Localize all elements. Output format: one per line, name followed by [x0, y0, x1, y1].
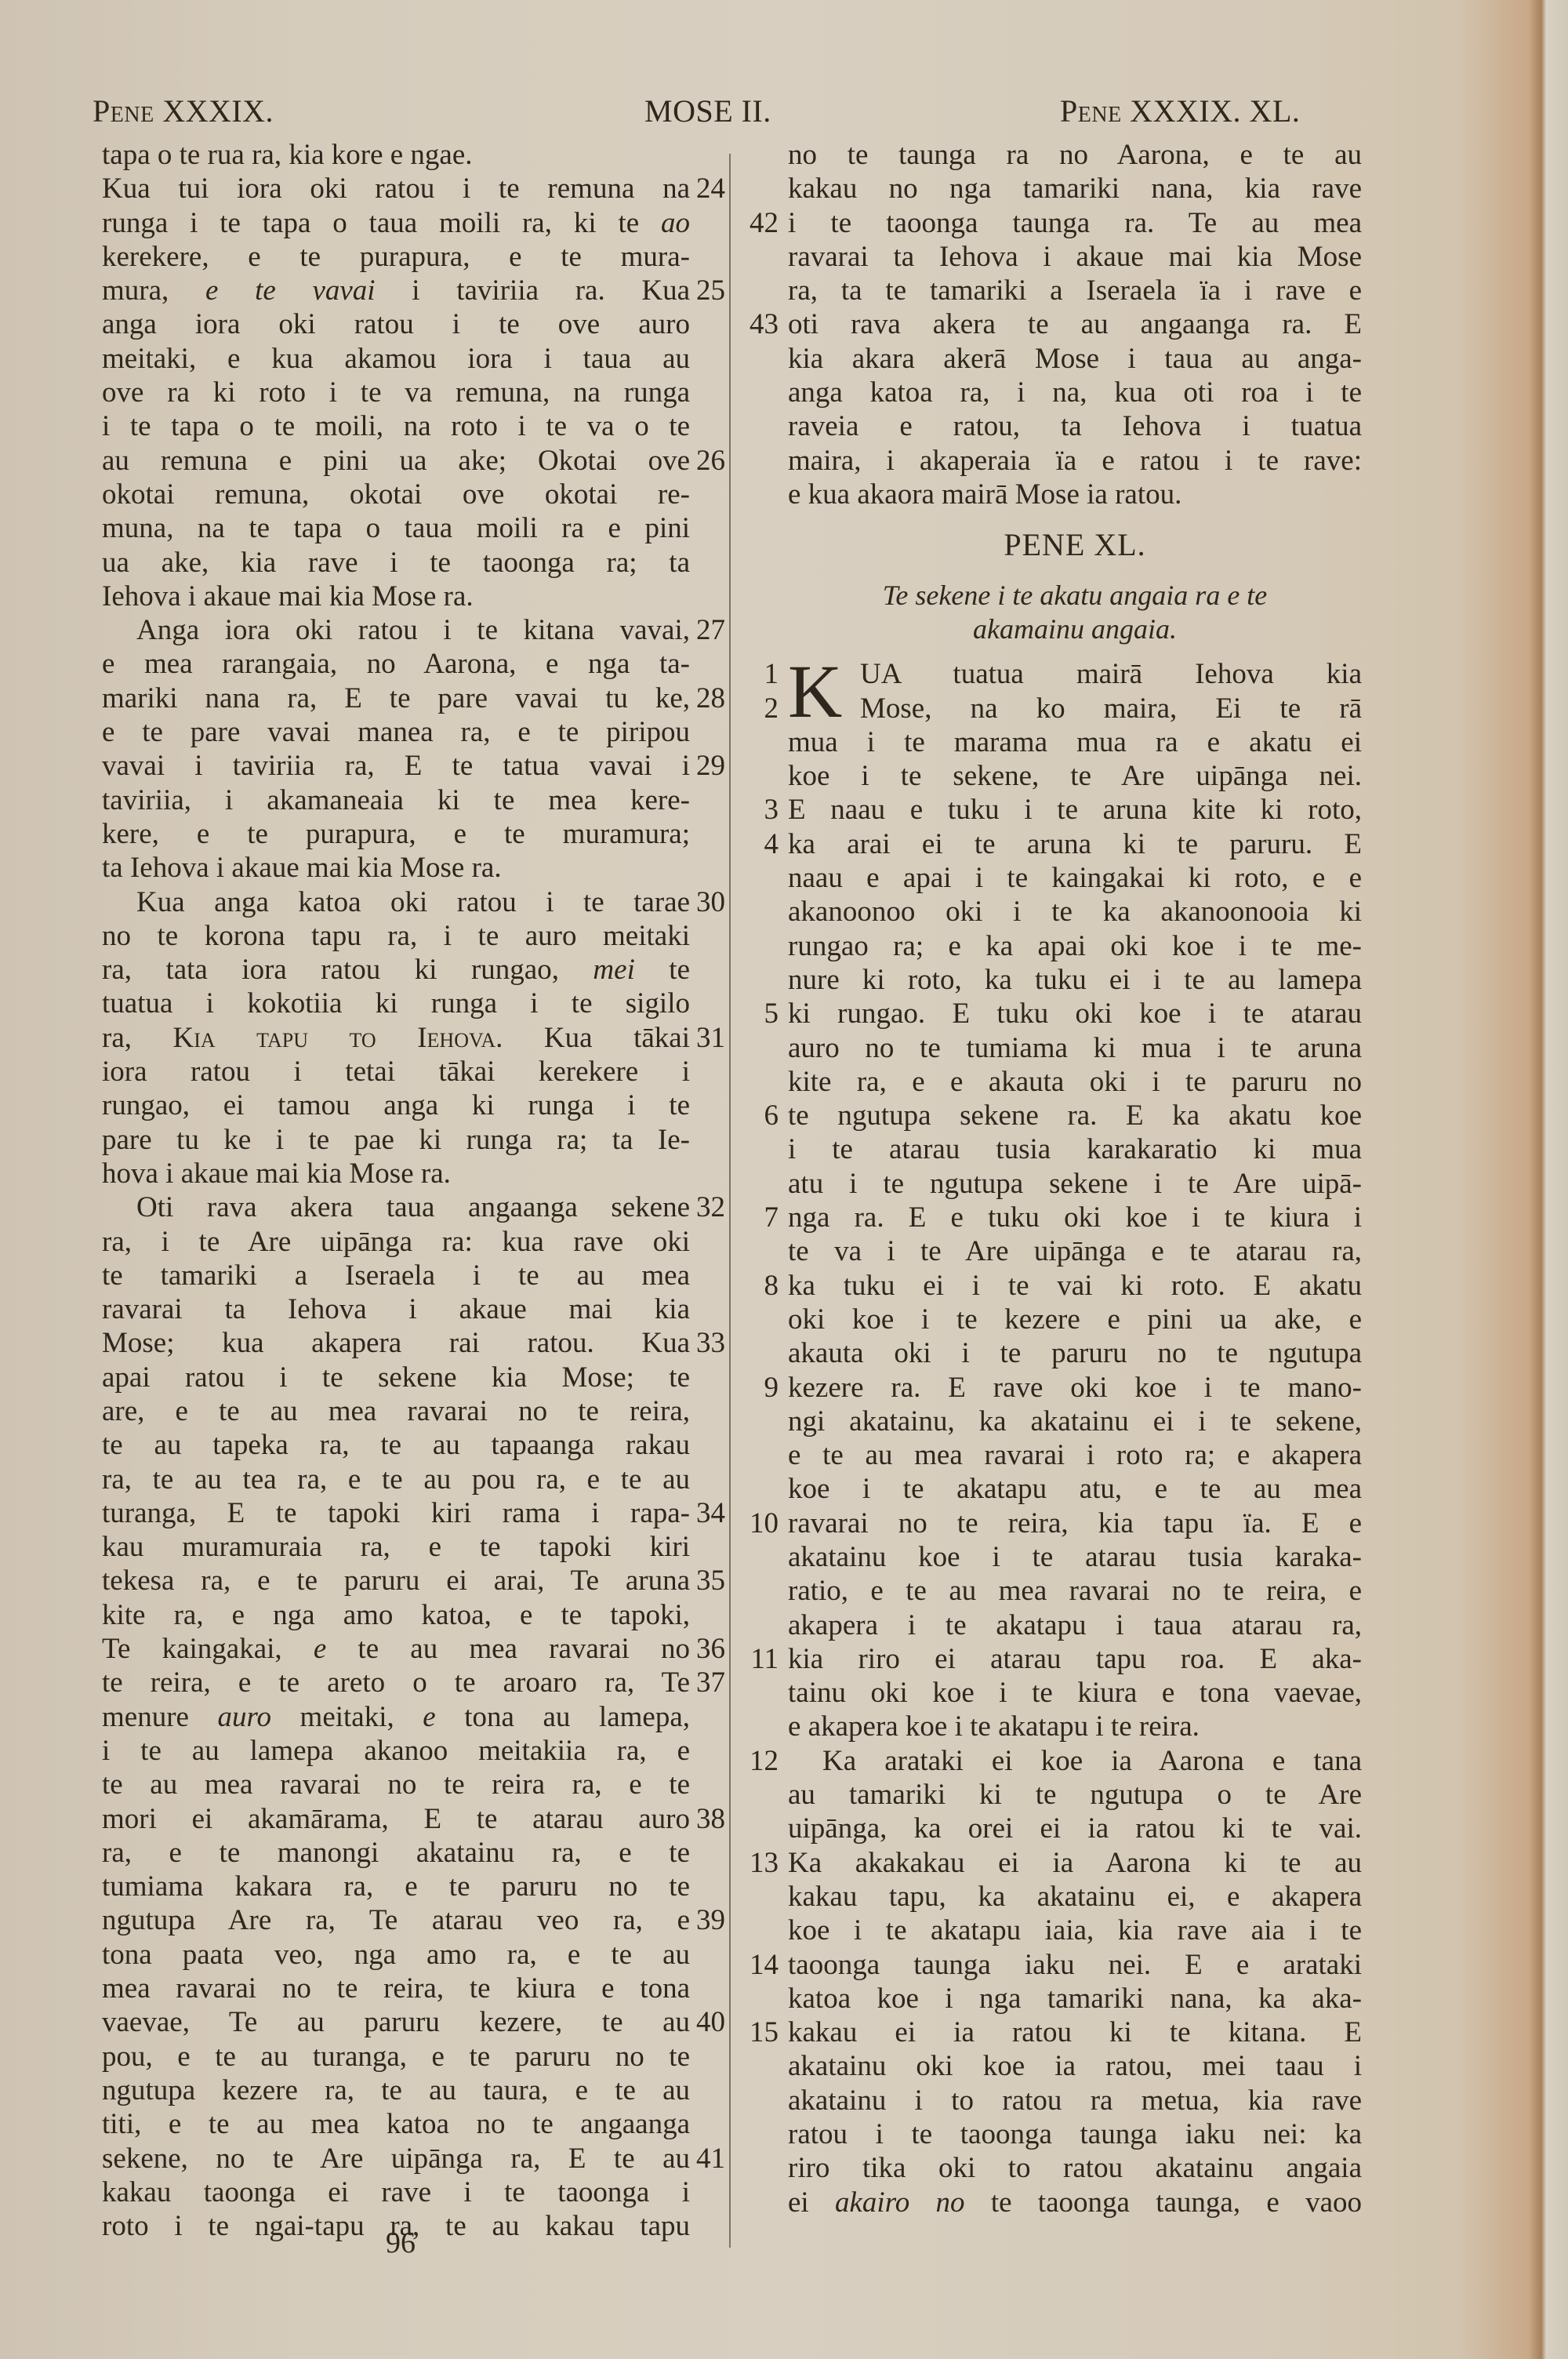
- text-line: ravarai ta Iehova i akaue mai kia Mose: [788, 240, 1362, 274]
- line-text: tuatua i kokotiia ki runga i te sigilo: [102, 987, 690, 1020]
- line-text: tapa o te rua ra, kia kore e ngae.: [102, 139, 473, 171]
- text-line: ravarai ta Iehova i akaue mai kia: [102, 1292, 690, 1326]
- text-line: anga iora oki ratou i te ove auro: [102, 307, 690, 341]
- text-line: i te taoonga taunga ra. Te au mea42: [788, 206, 1362, 240]
- verse-number: 14: [750, 1948, 779, 1982]
- text-line: Kua anga katoa oki ratou i te tarae30: [102, 885, 690, 919]
- verse-number: 42: [750, 206, 779, 240]
- line-text: kia riro ei atarau tapu roa. E aka-: [788, 1643, 1362, 1675]
- text-line: tona paata veo, nga amo ra, e te au: [102, 1938, 690, 1972]
- line-text: menure: [102, 1701, 217, 1733]
- verse-number: 15: [750, 2016, 779, 2049]
- text-line: Te kaingakai, e te au mea ravarai no36: [102, 1632, 690, 1666]
- line-text: kite ra, e nga amo katoa, e te tapoki,: [102, 1599, 690, 1631]
- line-text: e te pare vavai manea ra, e te piripou: [102, 716, 690, 748]
- text-line: rungao, ei tamou anga ki runga i te: [102, 1089, 690, 1122]
- verse-number: 37: [696, 1666, 725, 1699]
- text-line: Kua tui iora oki ratou i te remuna na24: [102, 172, 690, 205]
- line-text: ka arai ei te aruna ki te paruru. E: [788, 828, 1362, 860]
- text-line: muna, na te tapa o taua moili ra e pini: [102, 511, 690, 545]
- verse-number: 35: [696, 1564, 725, 1598]
- text-line: titi, e te au mea katoa no te angaanga: [102, 2107, 690, 2141]
- line-text: kia akara akerā Mose i taua au anga-: [788, 343, 1362, 375]
- line-text: tekesa ra, e te paruru ei arai, Te aruna: [102, 1565, 690, 1597]
- text-line: Ka akakakau ei ia Aarona ki te au13: [788, 1846, 1362, 1880]
- text-line: ngi akatainu, ka akatainu ei i te sekene…: [788, 1405, 1362, 1438]
- line-text: iora ratou i tetai tākai kerekere i: [102, 1056, 690, 1088]
- text-line: e akapera koe i te akatapu i te reira.: [788, 1710, 1362, 1743]
- line-text: akatainu oki koe ia ratou, mei taau i: [788, 2050, 1362, 2082]
- text-line: te reira, e te areto o te aroaro ra, Te3…: [102, 1666, 690, 1699]
- line-text: no te taunga ra no Aarona, e te au: [788, 139, 1362, 171]
- line-text: tona au lamepa,: [436, 1701, 690, 1733]
- verse-number: 24: [696, 172, 725, 205]
- line-text: nga ra. E e tuku oki koe i te kiura i: [788, 1201, 1362, 1234]
- text-line: kezere ra. E rave oki koe i te mano-9: [788, 1371, 1362, 1405]
- line-text: ka tuku ei i te vai ki roto. E akatu: [788, 1270, 1362, 1302]
- text-line: E naau e tuku i te aruna kite ki roto,3: [788, 793, 1362, 827]
- line-text: i te tapa o te moili, na roto i te va o …: [102, 410, 690, 442]
- line-text: ra, e te manongi akatainu ra, e te: [102, 1837, 690, 1869]
- text-line: au tamariki ki te ngutupa o te Are: [788, 1778, 1362, 1812]
- text-line: e mea rarangaia, no Aarona, e nga ta-: [102, 647, 690, 681]
- line-text: koe i te sekene, te Are uipānga nei.: [788, 760, 1362, 792]
- text-line: au remuna e pini ua ake; Okotai ove26: [102, 444, 690, 478]
- line-text: e akapera koe i te akatapu i te reira.: [788, 1710, 1200, 1743]
- line-text: oti rava akera te au angaanga ra. E: [788, 308, 1362, 340]
- text-line: koe i te akatapu atu, e te au mea: [788, 1472, 1362, 1506]
- verse-number: 7: [764, 1201, 779, 1234]
- verse-number: 4: [764, 827, 779, 861]
- line-text: no te korona tapu ra, i te auro meitaki: [102, 920, 690, 952]
- line-text: kakau tapu, ka akatainu ei, e akapera: [788, 1881, 1362, 1913]
- line-text: kau muramuraia ra, e te tapoki kiri: [102, 1531, 690, 1563]
- text-line: mariki nana ra, E te pare vavai tu ke,28: [102, 682, 690, 715]
- line-text: ta Iehova i akaue mai kia Mose ra.: [102, 852, 502, 884]
- text-line: maira, i akaperaia ïa e ratou i te rave:: [788, 444, 1362, 478]
- line-text: ravarai no te reira, kia tapu ïa. E e: [788, 1507, 1362, 1539]
- line-text: hova i akaue mai kia Mose ra.: [102, 1158, 451, 1190]
- verse-number: 8: [764, 1269, 779, 1303]
- text-line: ravarai no te reira, kia tapu ïa. E e10: [788, 1507, 1362, 1540]
- line-text: mura,: [102, 274, 205, 307]
- line-text: te ngutupa sekene ra. E ka akatu koe: [788, 1100, 1362, 1132]
- text-line: nure ki roto, ka tuku ei i te au lamepa: [788, 963, 1362, 997]
- line-text: e kua akaora mairā Mose ia ratou.: [788, 478, 1181, 511]
- verse-number: 26: [696, 444, 725, 478]
- line-text: kakau taoonga ei rave i te taoonga i: [102, 2176, 690, 2208]
- text-line: akatainu i to ratou ra metua, kia rave: [788, 2084, 1362, 2117]
- line-text: naau e apai i te kaingakai ki roto, e e: [788, 862, 1362, 894]
- text-line: ta Iehova i akaue mai kia Mose ra.: [102, 851, 690, 885]
- text-line: ra, i te Are uipānga ra: kua rave oki: [102, 1225, 690, 1259]
- line-text: au remuna e pini ua ake; Okotai ove: [102, 445, 690, 477]
- text-line: Oti rava akera taua angaanga sekene32: [102, 1190, 690, 1224]
- line-text: taviriia, i akamaneaia ki te mea kere-: [102, 784, 690, 816]
- text-line: akatainu oki koe ia ratou, mei taau i: [788, 2049, 1362, 2083]
- verse-number: 33: [696, 1326, 725, 1360]
- line-text: ngi akatainu, ka akatainu ei i te sekene…: [788, 1405, 1362, 1438]
- line-text: ngutupa kezere ra, te au taura, e te au: [102, 2074, 690, 2106]
- line-text: atu i te ngutupa sekene i te Are uipā-: [788, 1168, 1362, 1200]
- verse-number: 29: [696, 749, 725, 783]
- line-text: UA tuatua mairā Iehova kia: [860, 658, 1362, 690]
- line-text: Kua anga katoa oki ratou i te tarae: [136, 886, 690, 918]
- line-text: vaevae, Te au paruru kezere, te au: [102, 2006, 690, 2038]
- line-text: kite ra, e e akauta oki i te paruru no: [788, 1066, 1362, 1098]
- text-line: ratio, e te au mea ravarai no te reira, …: [788, 1574, 1362, 1608]
- line-text: akatainu koe i te atarau tusia karaka-: [788, 1541, 1362, 1573]
- line-text: ratio, e te au mea ravarai no te reira, …: [788, 1575, 1362, 1607]
- line-text: Kua tui iora oki ratou i te remuna na: [102, 173, 690, 205]
- line-text: meitaki,: [271, 1701, 423, 1733]
- line-text: i te au lamepa akanoo meitakiia ra, e: [102, 1735, 690, 1767]
- line-text: Mose; kua akapera rai ratou. Kua: [102, 1327, 690, 1359]
- italic-text: akairo no: [835, 2186, 965, 2219]
- text-line: naau e apai i te kaingakai ki roto, e e: [788, 861, 1362, 895]
- text-line: tuatua i kokotiia ki runga i te sigilo: [102, 987, 690, 1020]
- line-text: oki koe i te kezere e pini ua ake, e: [788, 1303, 1362, 1336]
- text-line: ka tuku ei i te vai ki roto. E akatu8: [788, 1269, 1362, 1303]
- verse-number: 30: [696, 885, 725, 919]
- line-text: ra,: [102, 1022, 173, 1054]
- line-text: sekene, no te Are uipānga ra, E te au: [102, 2143, 690, 2175]
- italic-text: e: [423, 1701, 435, 1733]
- text-line: Mose, na ko maira, Ei te rā2: [788, 692, 1362, 725]
- line-text: kakau no nga tamariki nana, kia rave: [788, 173, 1362, 205]
- line-text: akauta oki i te paruru no te ngutupa: [788, 1337, 1362, 1369]
- text-line: ra, ta te tamariki a Iseraela ïa i rave …: [788, 274, 1362, 307]
- line-text: te au mea ravarai no: [326, 1633, 690, 1665]
- verse-number: 6: [764, 1099, 779, 1132]
- line-text: katoa koe i nga tamariki nana, ka aka-: [788, 1983, 1362, 2015]
- verse-number: 31: [696, 1021, 725, 1055]
- text-line: te tamariki a Iseraela i te au mea: [102, 1259, 690, 1292]
- line-text: raveia e ratou, ta Iehova i tuatua: [788, 410, 1362, 442]
- header-right-numeral: XXXIX. XL.: [1130, 93, 1300, 129]
- text-line: akanoonoo oki i te ka akanoonooia ki: [788, 895, 1362, 929]
- text-line: menure auro meitaki, e tona au lamepa,: [102, 1700, 690, 1734]
- verse-number: 1: [764, 657, 779, 691]
- small-caps-text: Kia tapu to Iehova: [173, 1022, 496, 1054]
- line-text: taoonga taunga iaku nei. E e arataki: [788, 1949, 1362, 1981]
- text-line: ka arai ei te aruna ki te paruru. E4: [788, 827, 1362, 861]
- line-text: ki rungao. E tuku oki koe i te atarau: [788, 998, 1362, 1030]
- chapter-39-conclusion: no te taunga ra no Aarona, e te aukakau …: [788, 138, 1362, 511]
- text-line: e kua akaora mairā Mose ia ratou.: [788, 478, 1362, 511]
- text-line: ra, Kia tapu to Iehova. Kua tākai31: [102, 1021, 690, 1055]
- line-text: titi, e te au mea katoa no te angaanga: [102, 2108, 690, 2140]
- text-line: i te tapa o te moili, na roto i te va o …: [102, 409, 690, 443]
- line-text: tainu oki koe i te kiura e tona vaevae,: [788, 1677, 1362, 1709]
- line-text: koe i te akatapu iaia, kia rave aia i te: [788, 1914, 1362, 1946]
- line-text: ei: [788, 2186, 835, 2219]
- italic-text: mei: [593, 954, 634, 986]
- text-line: mura, e te vavai i taviriia ra. Kua25: [102, 274, 690, 307]
- text-line: kia riro ei atarau tapu roa. E aka-11: [788, 1642, 1362, 1676]
- verse-number: 27: [696, 613, 725, 647]
- text-line: ngutupa Are ra, Te atarau veo ra, e39: [102, 1903, 690, 1937]
- line-text: tumiama kakara ra, e te paruru no te: [102, 1870, 690, 1903]
- text-line: akapera i te akatapu i taua atarau ra,: [788, 1608, 1362, 1642]
- line-text: mori ei akamārama, E te atarau auro: [102, 1803, 690, 1835]
- line-text: Anga iora oki ratou i te kitana vavai,: [136, 614, 690, 646]
- text-line: mea ravarai no te reira, te kiura e tona: [102, 1972, 690, 2005]
- line-text: uipānga, ka orei ei ia ratou ki te vai.: [788, 1812, 1362, 1845]
- line-text: ngutupa Are ra, Te atarau veo ra, e: [102, 1904, 690, 1936]
- line-text: i taviriia ra. Kua: [376, 274, 690, 307]
- text-line: raveia e ratou, ta Iehova i tuatua: [788, 409, 1362, 443]
- line-text: akapera i te akatapu i taua atarau ra,: [788, 1609, 1362, 1641]
- text-line: Ka arataki ei koe ia Aarona e tana12: [788, 1744, 1362, 1778]
- text-line: taviriia, i akamaneaia ki te mea kere-: [102, 783, 690, 817]
- text-line: ua ake, kia rave i te taoonga ra; ta: [102, 546, 690, 580]
- text-line: oki koe i te kezere e pini ua ake, e: [788, 1303, 1362, 1336]
- text-line: kakau taoonga ei rave i te taoonga i: [102, 2175, 690, 2209]
- text-line: atu i te ngutupa sekene i te Are uipā-: [788, 1167, 1362, 1201]
- text-line: kite ra, e nga amo katoa, e te tapoki,: [102, 1598, 690, 1632]
- line-text: te tamariki a Iseraela i te au mea: [102, 1259, 690, 1292]
- verse-number: 11: [750, 1642, 779, 1676]
- text-line: are, e te au mea ravarai no te reira,: [102, 1394, 690, 1428]
- line-text: i te taoonga taunga ra. Te au mea: [788, 207, 1362, 239]
- verse-number: 28: [696, 682, 725, 715]
- text-line: te au tapeka ra, te au tapaanga rakau: [102, 1428, 690, 1462]
- line-text: tona paata veo, nga amo ra, e te au: [102, 1939, 690, 1971]
- text-line: kau muramuraia ra, e te tapoki kiri: [102, 1530, 690, 1564]
- text-line: rungao ra; e ka apai oki koe i te me-: [788, 929, 1362, 963]
- text-line: Iehova i akaue mai kia Mose ra.: [102, 580, 690, 613]
- text-line: Anga iora oki ratou i te kitana vavai,27: [102, 613, 690, 647]
- text-line: iora ratou i tetai tākai kerekere i: [102, 1055, 690, 1089]
- line-text: te: [635, 954, 690, 986]
- verse-number: 9: [764, 1371, 779, 1405]
- verse-number: 10: [750, 1507, 779, 1540]
- verse-number: 2: [764, 692, 779, 725]
- chapter-40-body: K UA tuatua mairā Iehova kia1Mose, na ko…: [788, 657, 1362, 2219]
- line-text: ravarai ta Iehova i akaue mai kia Mose: [788, 241, 1362, 273]
- line-text: pou, e te au turanga, e te paruru no te: [102, 2041, 690, 2073]
- verse-number: 36: [696, 1632, 725, 1666]
- header-right-prefix: Pene: [1060, 93, 1122, 129]
- line-text: te au mea ravarai no te reira ra, e te: [102, 1768, 690, 1801]
- text-line: mori ei akamārama, E te atarau auro38: [102, 1802, 690, 1836]
- line-text: te au tapeka ra, te au tapaanga rakau: [102, 1429, 690, 1461]
- line-text: ra, tata iora ratou ki rungao,: [102, 954, 593, 986]
- line-text: Mose, na ko maira, Ei te rā: [860, 692, 1362, 725]
- text-line: pare tu ke i te pae ki runga ra; ta Ie-: [102, 1123, 690, 1157]
- line-text: ravarai ta Iehova i akaue mai kia: [102, 1293, 690, 1325]
- verse-number: 39: [696, 1903, 725, 1937]
- line-text: runga i te tapa o taua moili ra, ki te: [102, 207, 661, 239]
- line-text: kakau ei ia ratou ki te kitana. E: [788, 2016, 1362, 2048]
- text-line: pou, e te au turanga, e te paruru no te: [102, 2040, 690, 2074]
- line-text: kere, e te purapura, e te muramura;: [102, 818, 690, 850]
- line-text: pare tu ke i te pae ki runga ra; ta Ie-: [102, 1124, 690, 1156]
- line-text: Iehova i akaue mai kia Mose ra.: [102, 580, 474, 612]
- text-line: akauta oki i te paruru no te ngutupa: [788, 1336, 1362, 1370]
- verse-number: 32: [696, 1190, 725, 1224]
- italic-text: ao: [661, 207, 690, 239]
- text-line: meitaki, e kua akamou iora i taua au: [102, 342, 690, 376]
- left-text-column: tapa o te rua ra, kia kore e ngae.Kua tu…: [102, 138, 690, 2243]
- line-text: ua ake, kia rave i te taoonga ra; ta: [102, 547, 690, 579]
- line-text: riro tika oki to ratou akatainu angaia: [788, 2152, 1362, 2184]
- verse-number: 12: [750, 1744, 779, 1778]
- text-line: hova i akaue mai kia Mose ra.: [102, 1157, 690, 1190]
- text-line: UA tuatua mairā Iehova kia1: [788, 657, 1362, 691]
- text-line: kakau tapu, ka akatainu ei, e akapera: [788, 1880, 1362, 1914]
- text-line: ngutupa kezere ra, te au taura, e te au: [102, 2074, 690, 2107]
- line-text: Ka akakakau ei ia Aarona ki te au: [788, 1847, 1362, 1879]
- line-text: akatainu i to ratou ra metua, kia rave: [788, 2085, 1362, 2117]
- line-text: mariki nana ra, E te pare vavai tu ke,: [102, 682, 690, 714]
- line-text: anga iora oki ratou i te ove auro: [102, 308, 690, 340]
- running-header-left: Pene XXXIX.: [93, 93, 274, 129]
- line-text: ratou i te taoonga taunga iaku nei: ka: [788, 2118, 1362, 2150]
- line-text: ra, ta te tamariki a Iseraela ïa i rave …: [788, 274, 1362, 307]
- italic-text: e te vavai: [205, 274, 376, 307]
- italic-text: auro: [217, 1701, 271, 1733]
- verse-number: 3: [764, 793, 779, 827]
- running-header-book-title: MOSE II.: [644, 93, 771, 129]
- chapter-heading: PENE XL.: [788, 511, 1362, 579]
- text-line: no te korona tapu ra, i te auro meitaki: [102, 919, 690, 953]
- text-line: ratou i te taoonga taunga iaku nei: ka: [788, 2117, 1362, 2151]
- line-text: okotai remuna, okotai ove okotai re-: [102, 478, 690, 511]
- text-line: koe i te akatapu iaia, kia rave aia i te: [788, 1914, 1362, 1947]
- column-divider-rule: [729, 154, 731, 2248]
- line-text: . Kua tākai: [495, 1022, 690, 1054]
- header-left-prefix: Pene: [93, 93, 154, 129]
- text-line: kia akara akerā Mose i taua au anga-: [788, 342, 1362, 376]
- verse-number: 38: [696, 1802, 725, 1836]
- page-number: 96: [386, 2226, 416, 2260]
- line-text: turanga, E te tapoki kiri rama i rapa-: [102, 1497, 690, 1529]
- line-text: ove ra ki roto i te va remuna, na runga: [102, 376, 690, 409]
- line-text: kerekere, e te purapura, e te mura-: [102, 241, 690, 273]
- line-text: au tamariki ki te ngutupa o te Are: [788, 1779, 1362, 1811]
- text-line: apai ratou i te sekene kia Mose; te: [102, 1361, 690, 1394]
- running-header-right: Pene XXXIX. XL.: [1060, 93, 1300, 129]
- header-left-numeral: XXXIX.: [162, 93, 274, 129]
- text-line: anga katoa ra, i na, kua oti roa i te: [788, 376, 1362, 409]
- text-line: ei akairo no te taoonga taunga, e vaoo: [788, 2186, 1362, 2219]
- line-text: anga katoa ra, i na, kua oti roa i te: [788, 376, 1362, 409]
- line-text: meitaki, e kua akamou iora i taua au: [102, 343, 690, 375]
- text-line: tapa o te rua ra, kia kore e ngae.: [102, 138, 690, 172]
- verse-number: 34: [696, 1496, 725, 1530]
- chapter-summary-line-1: Te sekene i te akatu angaia ra e te: [788, 579, 1362, 612]
- text-line: katoa koe i nga tamariki nana, ka aka-: [788, 1982, 1362, 2016]
- text-line: vavai i taviriia ra, E te tatua vavai i2…: [102, 749, 690, 783]
- text-line: ra, e te manongi akatainu ra, e te: [102, 1836, 690, 1870]
- verse-number: 5: [764, 997, 779, 1030]
- text-line: oti rava akera te au angaanga ra. E43: [788, 307, 1362, 341]
- text-line: taoonga taunga iaku nei. E e arataki14: [788, 1948, 1362, 1982]
- text-line: tainu oki koe i te kiura e tona vaevae,: [788, 1676, 1362, 1710]
- text-line: ki rungao. E tuku oki koe i te atarau5: [788, 997, 1362, 1030]
- line-text: apai ratou i te sekene kia Mose; te: [102, 1361, 690, 1394]
- verse-number: 25: [696, 274, 725, 307]
- text-line: kakau ei ia ratou ki te kitana. E15: [788, 2016, 1362, 2049]
- text-line: i te au lamepa akanoo meitakiia ra, e: [102, 1734, 690, 1768]
- line-text: nure ki roto, ka tuku ei i te au lamepa: [788, 964, 1362, 996]
- line-text: e te au mea ravarai i roto ra; e akapera: [788, 1439, 1362, 1471]
- text-line: riro tika oki to ratou akatainu angaia: [788, 2151, 1362, 2185]
- line-text: ra, i te Are uipānga ra: kua rave oki: [102, 1226, 690, 1258]
- line-text: are, e te au mea ravarai no te reira,: [102, 1395, 690, 1427]
- text-line: okotai remuna, okotai ove okotai re-: [102, 478, 690, 511]
- line-text: kezere ra. E rave oki koe i te mano-: [788, 1372, 1362, 1404]
- text-line: te ngutupa sekene ra. E ka akatu koe6: [788, 1099, 1362, 1132]
- line-text: te taoonga taunga, e vaoo: [965, 2186, 1363, 2219]
- text-line: kere, e te purapura, e te muramura;: [102, 817, 690, 851]
- text-line: kite ra, e e akauta oki i te paruru no: [788, 1065, 1362, 1099]
- text-line: ra, tata iora ratou ki rungao, mei te: [102, 953, 690, 987]
- verse-number: 41: [696, 2142, 725, 2175]
- right-text-column: no te taunga ra no Aarona, e te aukakau …: [788, 138, 1362, 2219]
- text-line: te va i te Are uipānga e te atarau ra,: [788, 1234, 1362, 1268]
- text-line: runga i te tapa o taua moili ra, ki te a…: [102, 206, 690, 240]
- line-text: muna, na te tapa o taua moili ra e pini: [102, 512, 690, 544]
- text-line: ove ra ki roto i te va remuna, na runga: [102, 376, 690, 409]
- text-line: akatainu koe i te atarau tusia karaka-: [788, 1540, 1362, 1574]
- line-text: ra, te au tea ra, e te au pou ra, e te a…: [102, 1463, 690, 1496]
- verse-number: 40: [696, 2005, 725, 2039]
- text-line: Mose; kua akapera rai ratou. Kua33: [102, 1326, 690, 1360]
- text-line: turanga, E te tapoki kiri rama i rapa-34: [102, 1496, 690, 1530]
- line-text: te va i te Are uipānga e te atarau ra,: [788, 1235, 1362, 1267]
- text-line: e te pare vavai manea ra, e te piripou: [102, 715, 690, 749]
- text-line: e te au mea ravarai i roto ra; e akapera: [788, 1438, 1362, 1472]
- text-line: i te atarau tusia karakaratio ki mua: [788, 1132, 1362, 1166]
- line-text: Oti rava akera taua angaanga sekene: [136, 1191, 690, 1223]
- text-line: nga ra. E e tuku oki koe i te kiura i7: [788, 1201, 1362, 1234]
- text-line: sekene, no te Are uipānga ra, E te au41: [102, 2142, 690, 2175]
- line-text: rungao ra; e ka apai oki koe i te me-: [788, 930, 1362, 962]
- text-line: vaevae, Te au paruru kezere, te au40: [102, 2005, 690, 2039]
- line-text: maira, i akaperaia ïa e ratou i te rave:: [788, 445, 1362, 477]
- chapter-summary-line-2: akamainu angaia.: [788, 612, 1362, 646]
- line-text: koe i te akatapu atu, e te au mea: [788, 1473, 1362, 1505]
- line-text: e mea rarangaia, no Aarona, e nga ta-: [102, 648, 690, 680]
- text-line: kerekere, e te purapura, e te mura-: [102, 240, 690, 274]
- line-text: Te kaingakai,: [102, 1633, 314, 1665]
- text-line: no te taunga ra no Aarona, e te au: [788, 138, 1362, 172]
- text-line: auro no te tumiama ki mua i te aruna: [788, 1031, 1362, 1065]
- line-text: te reira, e te areto o te aroaro ra, Te: [102, 1667, 690, 1699]
- verse-number: 43: [750, 307, 779, 341]
- text-line: tekesa ra, e te paruru ei arai, Te aruna…: [102, 1564, 690, 1598]
- line-text: auro no te tumiama ki mua i te aruna: [788, 1032, 1362, 1064]
- text-line: ra, te au tea ra, e te au pou ra, e te a…: [102, 1463, 690, 1496]
- line-text: vavai i taviriia ra, E te tatua vavai i: [102, 750, 690, 782]
- line-text: mua i te marama mua ra e akatu ei: [788, 726, 1362, 758]
- text-line: mua i te marama mua ra e akatu ei: [788, 725, 1362, 759]
- text-line: uipānga, ka orei ei ia ratou ki te vai.: [788, 1812, 1362, 1845]
- line-text: i te atarau tusia karakaratio ki mua: [788, 1133, 1362, 1165]
- chapter-summary: Te sekene i te akatu angaia ra e te akam…: [788, 579, 1362, 657]
- line-text: Ka arataki ei koe ia Aarona e tana: [822, 1745, 1362, 1777]
- line-text: mea ravarai no te reira, te kiura e tona: [102, 1972, 690, 2005]
- text-line: kakau no nga tamariki nana, kia rave: [788, 172, 1362, 205]
- text-line: tumiama kakara ra, e te paruru no te: [102, 1870, 690, 1903]
- verse-number: 13: [750, 1846, 779, 1880]
- line-text: akanoonoo oki i te ka akanoonooia ki: [788, 896, 1362, 928]
- line-text: rungao, ei tamou anga ki runga i te: [102, 1089, 690, 1121]
- line-text: E naau e tuku i te aruna kite ki roto,: [788, 794, 1362, 826]
